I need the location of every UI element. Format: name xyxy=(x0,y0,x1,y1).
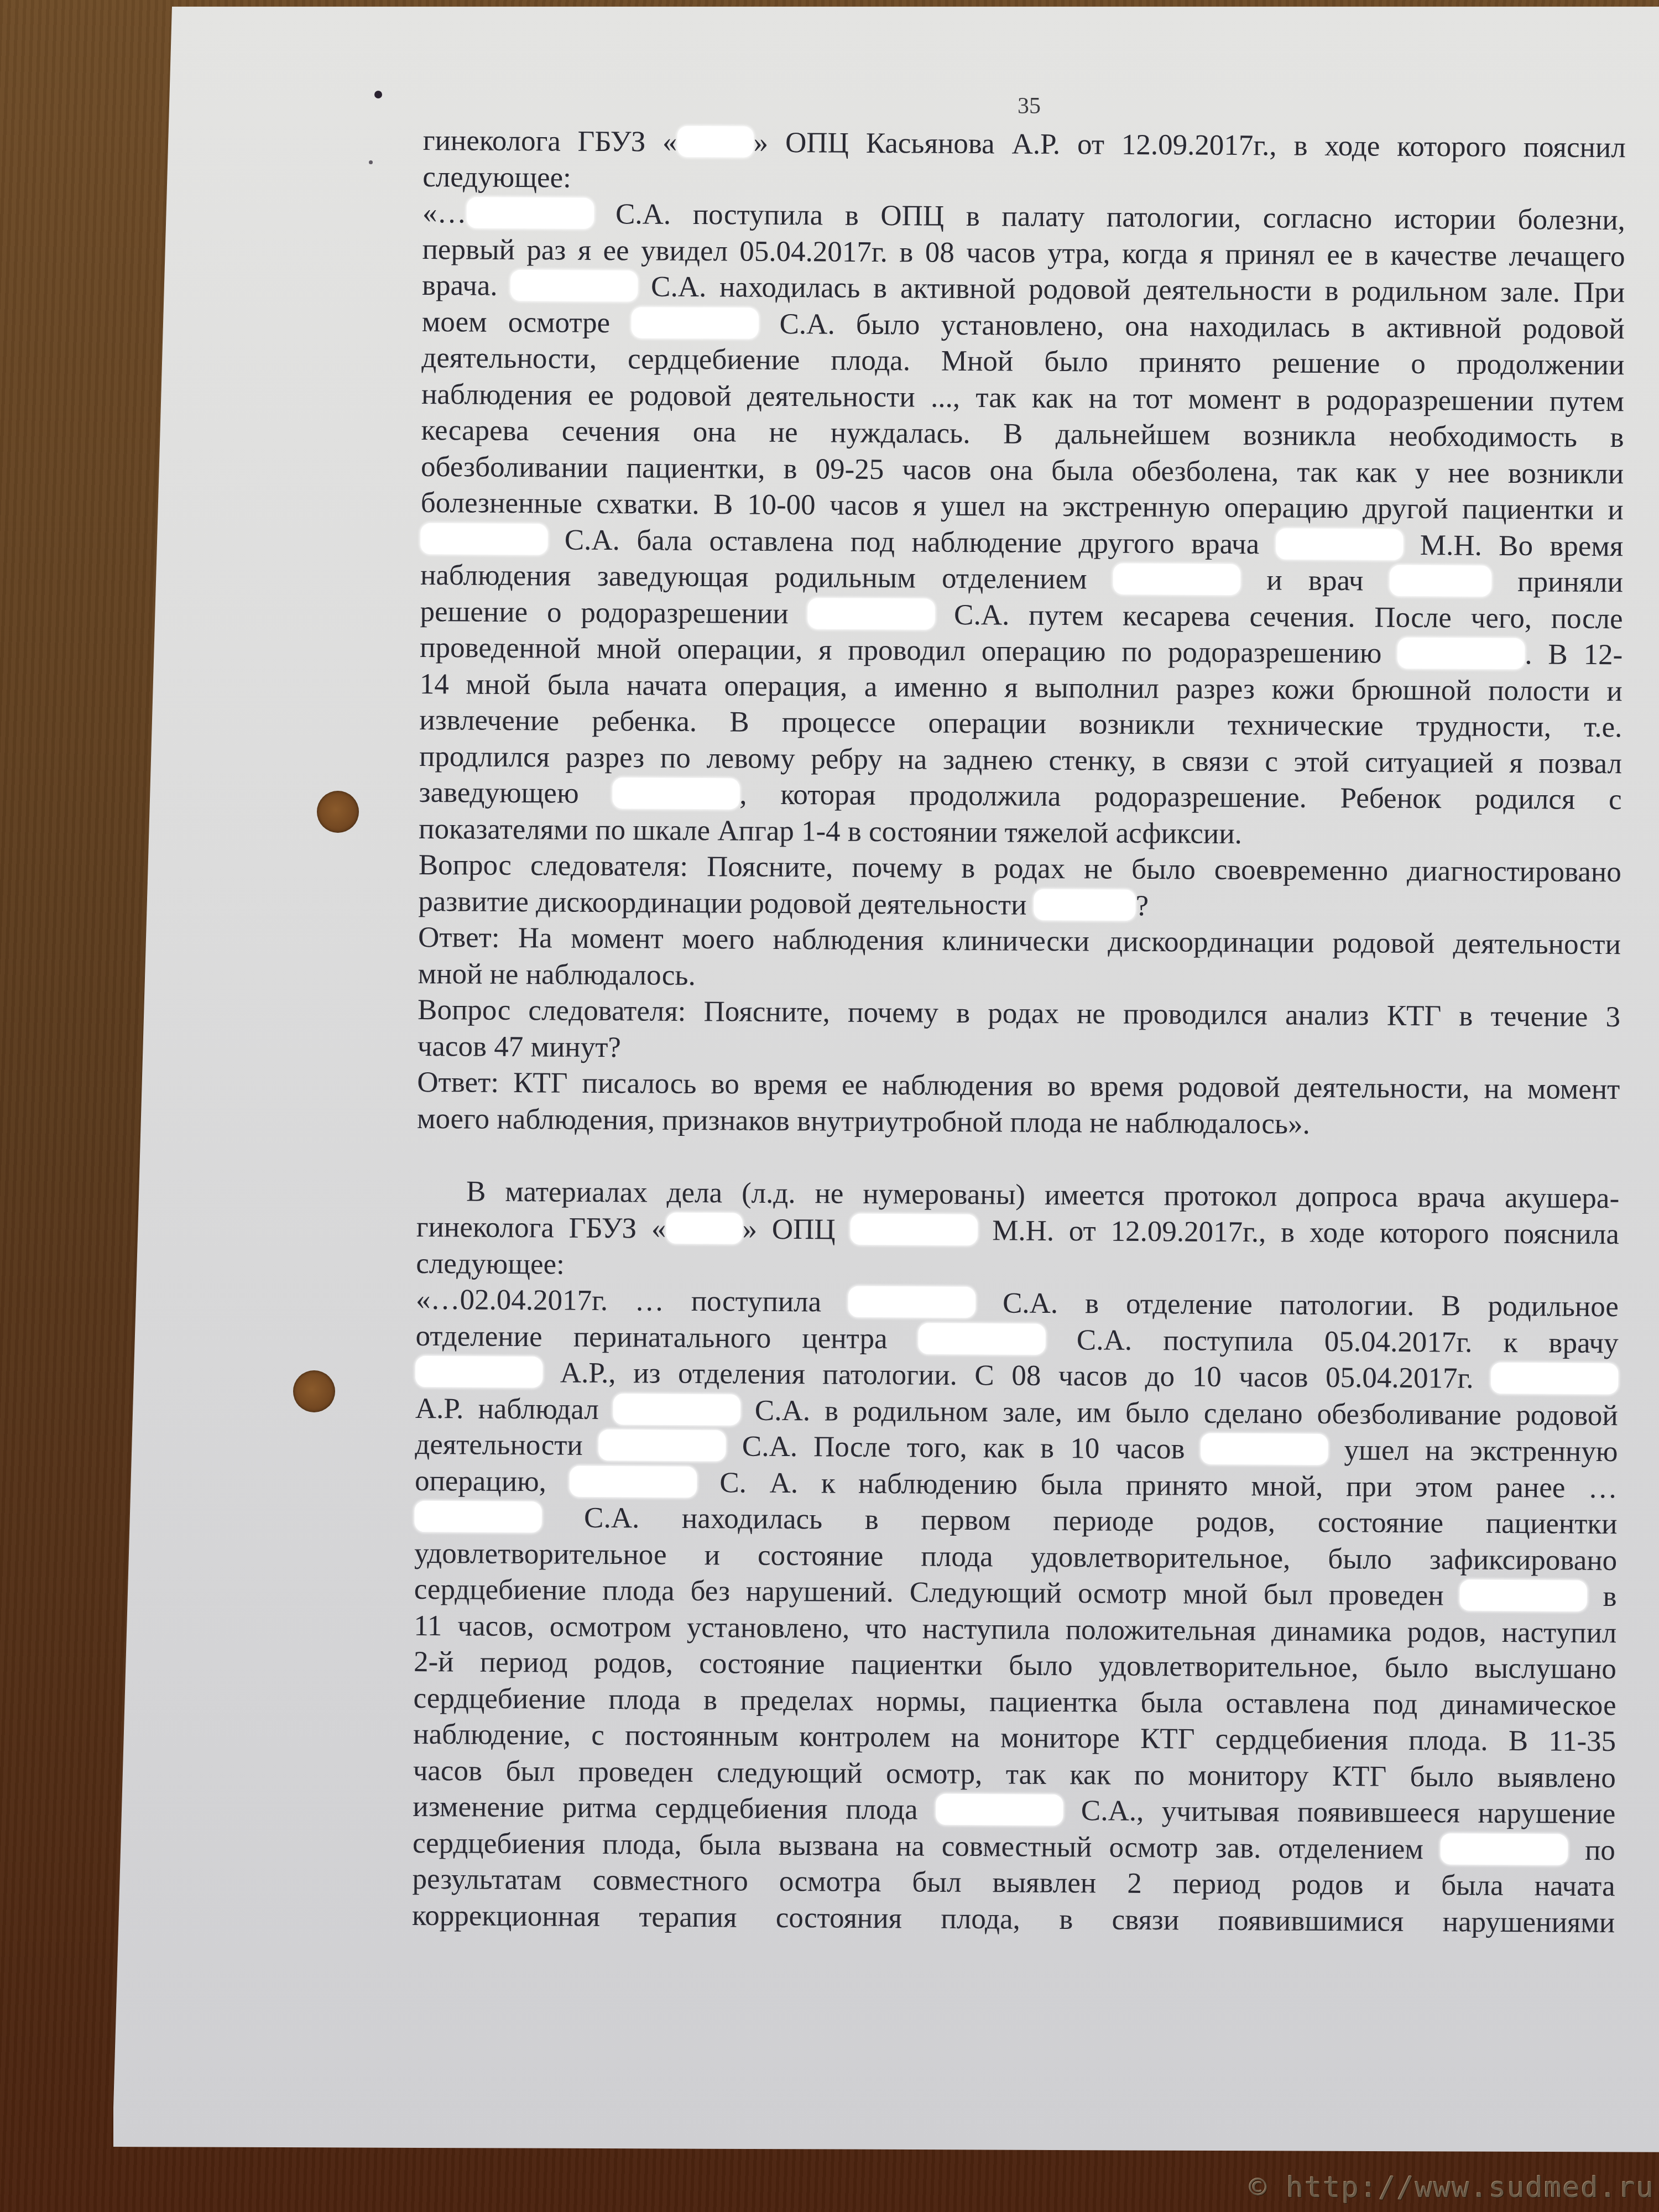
redacted-name xyxy=(612,778,739,809)
redacted-name xyxy=(569,1465,696,1497)
redacted-name xyxy=(1276,528,1403,560)
redacted-name xyxy=(415,1356,542,1387)
watermark: © http://www.sudmed.ru xyxy=(1249,2171,1655,2204)
text-line: «…02.04.2017г. … поступила С.А. в отделе… xyxy=(416,1282,1619,1326)
text-line: деятельности С.А. После того, как в 10 ч… xyxy=(415,1427,1618,1470)
text-line: «… С.А. поступила в ОПЦ в палату патолог… xyxy=(422,195,1625,239)
text-line: наблюдение, с постоянным контролем на мо… xyxy=(413,1717,1616,1760)
punch-hole xyxy=(317,791,359,833)
text-line: изменение ритма сердцебиения плода С.А.,… xyxy=(413,1789,1615,1833)
text-line: болезненные схватки. В 10-00 часов я уше… xyxy=(421,485,1624,529)
punch-hole xyxy=(293,1370,335,1412)
document-body: гинеколога ГБУЗ «» ОПЦ Касьянова А.Р. от… xyxy=(412,123,1626,1941)
text-line: проведенной мной операции, я проводил оп… xyxy=(420,630,1623,674)
text-line: результатам совместного осмотра был выяв… xyxy=(412,1861,1615,1905)
redacted-name xyxy=(420,523,547,554)
text-line: Вопрос следователя: Поясните, почему в р… xyxy=(418,992,1620,1036)
redacted-name xyxy=(1441,1833,1568,1865)
text-line: 2-й период родов, состояние пациентки бы… xyxy=(414,1644,1616,1688)
redacted-name xyxy=(510,270,638,301)
page-number: 35 xyxy=(1018,93,1041,119)
redacted-name xyxy=(666,1213,742,1244)
redacted-name xyxy=(919,1323,1046,1354)
redacted-name xyxy=(850,1214,977,1245)
redacted-name xyxy=(1201,1433,1328,1465)
redacted-name xyxy=(1397,638,1525,669)
redacted-name xyxy=(936,1794,1063,1825)
redacted-name xyxy=(1113,564,1240,595)
ink-mark xyxy=(374,91,382,98)
redacted-name xyxy=(1390,565,1491,597)
text-line: Ответ: КТГ писалось во время ее наблюден… xyxy=(417,1065,1620,1108)
redacted-name xyxy=(466,197,593,228)
text-line: гинеколога ГБУЗ «» ОПЦ М.Н. от 12.09.201… xyxy=(416,1209,1619,1253)
text-line: деятельности, сердцебиение плода. Мной б… xyxy=(421,340,1624,384)
redacted-name xyxy=(414,1501,541,1532)
text-line: заведующею , которая продолжила родоразр… xyxy=(419,775,1621,818)
redacted-name xyxy=(1491,1363,1618,1394)
redacted-name xyxy=(613,1394,740,1425)
redacted-name xyxy=(599,1430,726,1461)
text-line: А.Р., из отделения патологии. С 08 часов… xyxy=(415,1354,1618,1398)
redacted-name xyxy=(1034,889,1136,920)
text-line: коррекционная терапия состояния плода, в… xyxy=(412,1897,1615,1941)
text-line: извлечение ребенка. В процессе операции … xyxy=(419,702,1622,746)
text-line: наблюдения заведующая родильным отделени… xyxy=(420,557,1623,601)
redacted-name xyxy=(1460,1580,1587,1611)
redacted-name xyxy=(807,598,935,629)
text-line: кесарева сечения она не нуждалась. В дал… xyxy=(421,413,1624,456)
text-line: врача. С.А. находилась в активной родово… xyxy=(422,268,1625,311)
text-line: гинеколога ГБУЗ «» ОПЦ Касьянова А.Р. от… xyxy=(423,123,1626,166)
text-line: сердцебиение плода без нарушений. Следую… xyxy=(414,1572,1617,1615)
ink-mark xyxy=(369,160,373,164)
redacted-name xyxy=(677,126,754,158)
text-line: Вопрос следователя: Поясните, почему в р… xyxy=(419,847,1621,891)
redacted-name xyxy=(631,307,758,338)
text-line: Ответ: На момент моего наблюдения клинич… xyxy=(418,920,1621,963)
text-line: моего наблюдения, признаков внутриутробн… xyxy=(417,1100,1620,1144)
redacted-name xyxy=(848,1286,975,1318)
text-line: С.А. находилась в первом периоде родов, … xyxy=(414,1499,1617,1543)
